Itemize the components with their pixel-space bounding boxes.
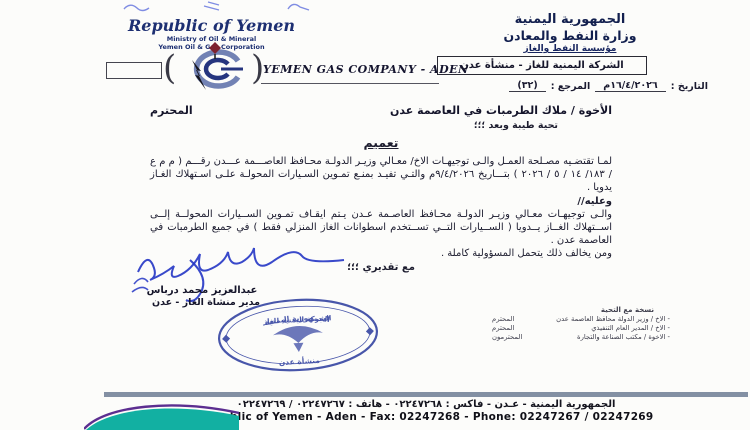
addressee-row: الأخوة / ملاك الطرمبات في العاصمة عدن ال…: [150, 104, 612, 117]
republic-title-ar: الجمهورية اليمنية: [455, 12, 685, 28]
banner-underline: [261, 83, 439, 84]
handwritten-marks: [118, 0, 348, 14]
copies-row: - الاخوة / مكتب الصناعة والتجارة المحترم…: [492, 333, 670, 341]
signatory-name: عبدالعزيز محمد درباس: [138, 285, 266, 296]
copies-row: - الاخ / المدير العام التنفيذي المحترم: [492, 324, 670, 332]
copy-honorific: المحترمون: [492, 333, 522, 341]
stamp-left-dot: [222, 335, 230, 343]
official-stamp: الجمهورية اليمنية الشركة اليمنية للغاز م…: [211, 292, 385, 379]
header-arabic: الجمهورية اليمنية وزارة النفط والمعادن م…: [455, 12, 685, 54]
copy-honorific: المحترم: [492, 315, 514, 323]
copies-header: نسخة مع التحية: [492, 306, 670, 314]
company-name-en: YEMEN GAS COMPANY - ADEN: [263, 63, 437, 76]
copy-recipient: - الاخ / وزير الدولة محافظ العاصمة عدن: [556, 315, 670, 323]
scanned-letter-page: Republic of Yemen Ministry of Oil & Mine…: [0, 0, 750, 430]
stamp-eagle-icon: [273, 325, 324, 345]
copies-list: نسخة مع التحية - الاخ / وزير الدولة محاف…: [492, 306, 670, 341]
empty-reference-box: [106, 62, 162, 79]
greeting: تحية طيبة وبعد ؛؛؛: [150, 120, 612, 131]
stamp-right-dot: [366, 327, 374, 335]
paragraph-2: والـى توجيهـات معـالي وزيـر الدولـة محـا…: [150, 208, 612, 248]
subject-title: تعميم: [150, 135, 612, 150]
company-name-ar-box: الشركة اليمنية للغاز - منشأة عدن: [437, 56, 647, 75]
corner-swoosh-decoration: [84, 402, 239, 430]
stamp-text-middle: الشركة اليمنية للغاز: [262, 314, 332, 326]
date-reference-line: التاريخ : ١٦/٤/٢٠٢٦م المرجع : (٣٢): [438, 80, 708, 92]
transition-word: وعليه//: [150, 196, 612, 207]
stamp-eagle-tail: [293, 343, 303, 353]
reference-label: المرجع :: [551, 81, 591, 92]
ministry-script-title: Republic of Yemen: [104, 18, 319, 35]
date-value: ١٦/٤/٢٠٢٦م: [595, 80, 666, 92]
yemen-gas-company-logo: [175, 40, 253, 92]
stamp-text-bottom: منشأة عدن: [279, 355, 321, 367]
ministry-title-ar: وزارة النفط والمعادن: [455, 28, 685, 44]
copy-recipient: - الاخوة / مكتب الصناعة والتجارة: [577, 333, 670, 341]
reference-value: (٣٢): [509, 80, 545, 92]
corporation-title-ar: مؤسسة النفط والغاز: [455, 44, 685, 54]
copy-honorific: المحترم: [492, 324, 514, 332]
addressee-honorific: المحترم: [150, 104, 193, 117]
copies-row: - الاخ / وزير الدولة محافظ العاصمة عدن ا…: [492, 315, 670, 323]
paragraph-1: لمـا تقتضـيه مصـلحة العمـل والـى توجيهـا…: [150, 155, 612, 195]
addressee: الأخوة / ملاك الطرمبات في العاصمة عدن: [390, 104, 612, 117]
copy-recipient: - الاخ / المدير العام التنفيذي: [591, 324, 670, 332]
footer-divider-bar: [104, 392, 748, 397]
date-label: التاريخ :: [671, 81, 708, 92]
